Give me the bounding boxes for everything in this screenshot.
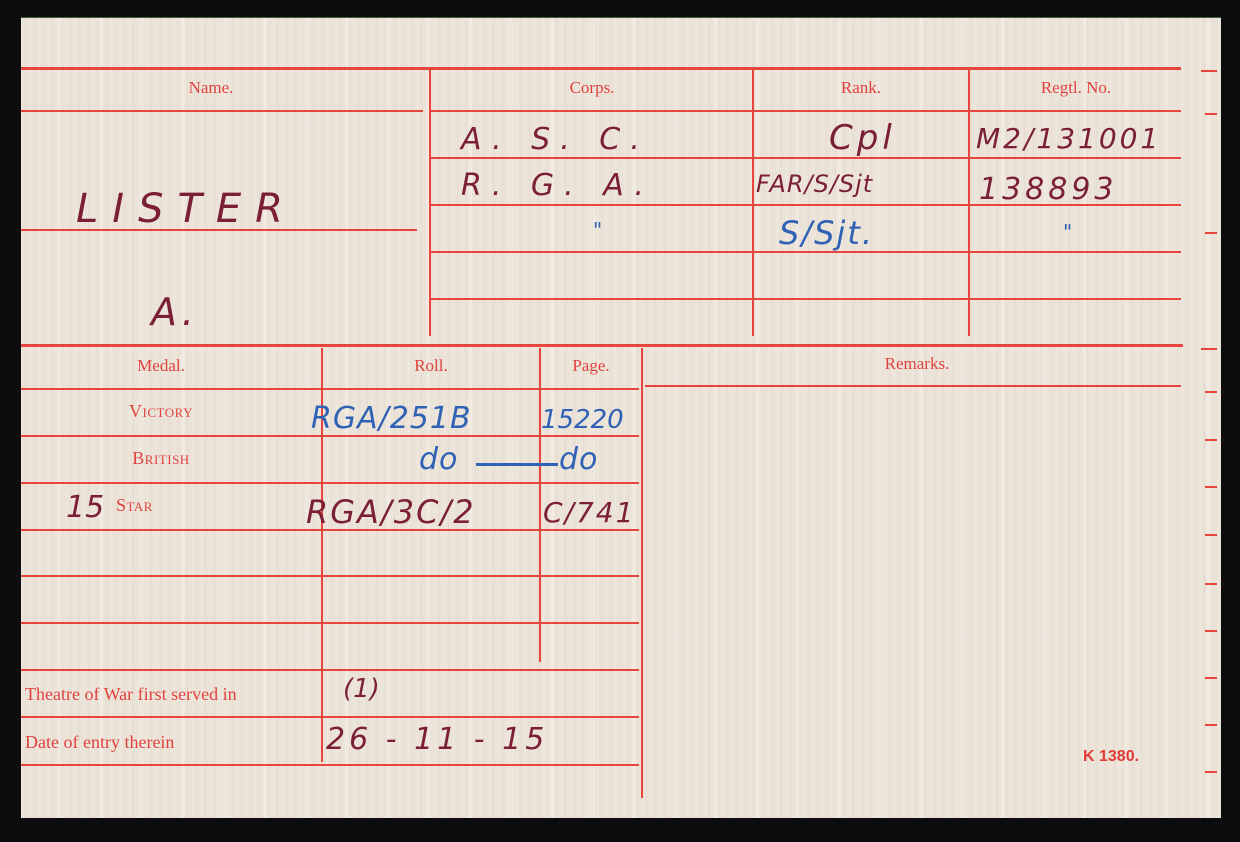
header-rank: Rank. [754, 78, 968, 98]
edge-tick [1205, 583, 1217, 585]
date-of-entry-value: 26 - 11 - 15 [326, 722, 548, 757]
edge-tick [1205, 232, 1217, 234]
form-code: K 1380. [1083, 748, 1139, 766]
corps-row-3: " [593, 218, 606, 242]
edge-tick [1205, 771, 1217, 773]
medal-label-british: British [21, 448, 301, 469]
divider-rank-regtl [968, 70, 970, 336]
edge-tick [1205, 534, 1217, 536]
theatre-label: Theatre of War first served in [25, 684, 237, 705]
ditto-dash [476, 463, 558, 466]
rule-theatre [21, 716, 639, 718]
medal-label-star: Star [116, 495, 176, 516]
rule-medal-6 [21, 669, 639, 671]
edge-tick [1205, 486, 1217, 488]
divider-name-corps [429, 70, 431, 336]
header-name: Name. [21, 78, 401, 98]
rule-medal-5 [21, 622, 639, 624]
edge-tick [1205, 677, 1217, 679]
header-regtl-no: Regtl. No. [970, 78, 1182, 98]
header-roll: Roll. [323, 356, 539, 376]
rule-right-2 [431, 157, 1181, 159]
corps-row-1: A. S. C. [461, 122, 650, 157]
header-medal: Medal. [21, 356, 301, 376]
edge-tick [1205, 113, 1217, 115]
rule-right-1 [431, 110, 1181, 112]
rank-row-3: S/Sjt. [779, 214, 874, 252]
divider-corps-rank [752, 70, 754, 336]
rank-row-2: FAR/S/Sjt [756, 170, 873, 198]
surname: LISTER [76, 186, 297, 232]
roll-star: RGA/3C/2 [306, 493, 476, 531]
rank-row-1: Cpl [829, 118, 896, 158]
header-remarks: Remarks. [643, 354, 1191, 374]
edge-tick [1201, 70, 1217, 72]
rule-name-header [21, 110, 423, 112]
rule-medal-2 [21, 482, 639, 484]
roll-british: do [419, 442, 458, 477]
regtl-no-row-1: M2/131001 [976, 122, 1161, 155]
page-star: C/741 [543, 496, 635, 529]
theatre-value: (1) [343, 674, 380, 704]
edge-tick [1205, 391, 1217, 393]
corps-row-2: R. G. A. [461, 168, 654, 203]
edge-tick [1205, 439, 1217, 441]
header-page: Page. [541, 356, 641, 376]
edge-tick [1205, 724, 1217, 726]
rule-bottom [21, 764, 639, 766]
edge-tick [1205, 630, 1217, 632]
rule-remarks-header [645, 385, 1181, 387]
date-of-entry-label: Date of entry therein [25, 732, 174, 753]
roll-victory: RGA/251B [311, 401, 472, 436]
rule-right-5 [431, 298, 1181, 300]
initial: A. [151, 290, 198, 334]
medal-label-victory: Victory [21, 401, 301, 422]
rule-medal-header [21, 388, 639, 390]
regtl-no-row-2: 138893 [979, 172, 1118, 207]
regtl-no-row-3: " [1063, 220, 1076, 244]
page-british: do [559, 442, 598, 477]
rule-middle [21, 344, 1183, 347]
header-corps: Corps. [431, 78, 753, 98]
rule-top [21, 67, 1181, 70]
edge-tick [1201, 348, 1217, 350]
divider-page-remarks [641, 348, 643, 798]
page-victory: 15220 [541, 405, 624, 435]
divider-roll-page [539, 348, 541, 662]
medal-index-card: Name. Corps. Rank. Regtl. No. Medal. Rol… [21, 17, 1221, 818]
rule-medal-4 [21, 575, 639, 577]
star-prefix: 15 [66, 490, 104, 525]
